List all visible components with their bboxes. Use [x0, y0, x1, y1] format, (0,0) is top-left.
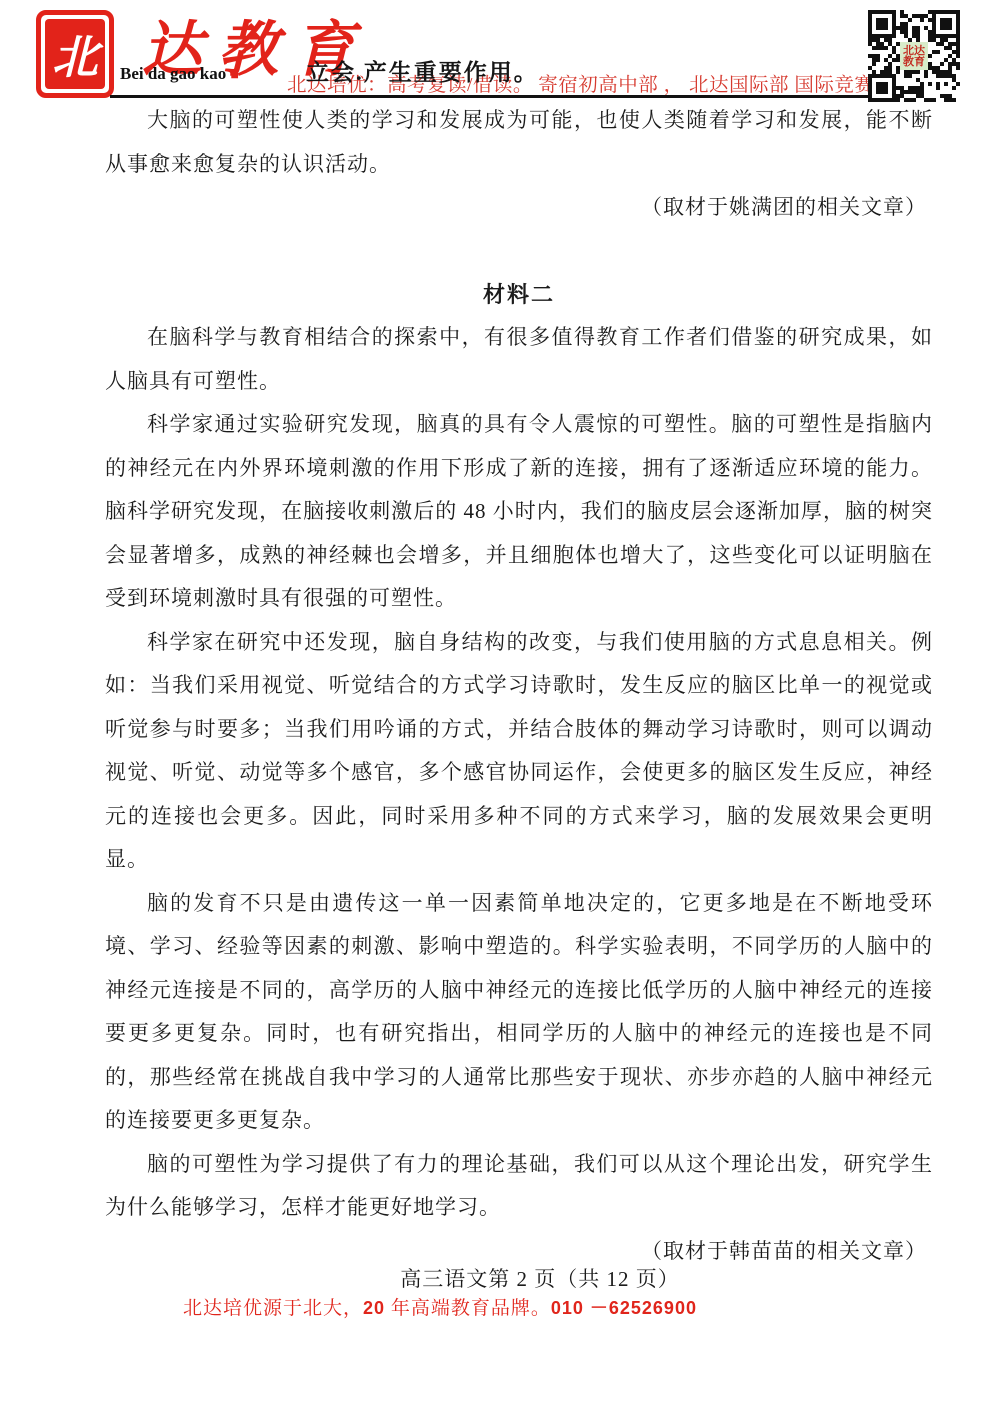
svg-text:教育: 教育 [902, 54, 925, 68]
qr-code: 北达教育 [868, 10, 960, 102]
page-number-info: 高三语文第 2 页（共 12 页） [120, 1263, 960, 1293]
svg-text:北达: 北达 [903, 43, 925, 57]
romanization-text: Bei da gao kao [120, 64, 226, 83]
seal-character: 北 [45, 19, 105, 89]
slogan-years: 20 [363, 1298, 385, 1318]
intro-paragraph: 大脑的可塑性使人类的学习和发展成为可能，也使人类随着学习和发展，能不断从事愈来愈… [105, 99, 933, 186]
attribution-source-1: （取材于姚满团的相关文章） [105, 186, 933, 230]
body-paragraph: 在脑科学与教育相结合的探索中，有很多值得教育工作者们借鉴的研究成果，如人脑具有可… [105, 316, 933, 403]
brand-romanization: Bei da gao kao ■ [120, 64, 239, 84]
document-body: 大脑的可塑性使人类的学习和发展成为可能，也使人类随着学习和发展，能不断从事愈来愈… [105, 99, 933, 1273]
slogan-middle: 年高端教育品牌。 [385, 1298, 551, 1319]
section-heading-material-2: 材料二 [105, 273, 933, 317]
slogan-prefix: 北达培优源于北大， [183, 1298, 363, 1319]
footer-brand-slogan: 北达培优源于北大，20 年高端教育品牌。010 －62526900 [0, 1293, 880, 1320]
header-tagline-black-overlay: 立会.产生重要作用。 [306, 54, 539, 87]
body-paragraph: 脑的可塑性为学习提供了有力的理论基础，我们可以从这个理论出发，研究学生为什么能够… [105, 1143, 933, 1230]
exam-paper-page: 北 达教育 Bei da gao kao ■ 北达培优：高考复读/借读。 寄宿初… [0, 0, 992, 1403]
brand-seal-icon: 北 [36, 10, 114, 98]
slogan-phone: 010 －62526900 [551, 1298, 697, 1318]
body-paragraph: 脑的发育不只是由遗传这一单一因素简单地决定的，它更多地是在不断地受环境、学习、经… [105, 882, 933, 1143]
header-divider-line [110, 95, 868, 98]
body-paragraph: 科学家通过实验研究发现，脑真的具有令人震惊的可塑性。脑的可塑性是指脑内的神经元在… [105, 403, 933, 621]
body-paragraph: 科学家在研究中还发现，脑自身结构的改变，与我们使用脑的方式息息相关。例如：当我们… [105, 621, 933, 882]
red-square-bullet-icon: ■ [231, 68, 239, 83]
